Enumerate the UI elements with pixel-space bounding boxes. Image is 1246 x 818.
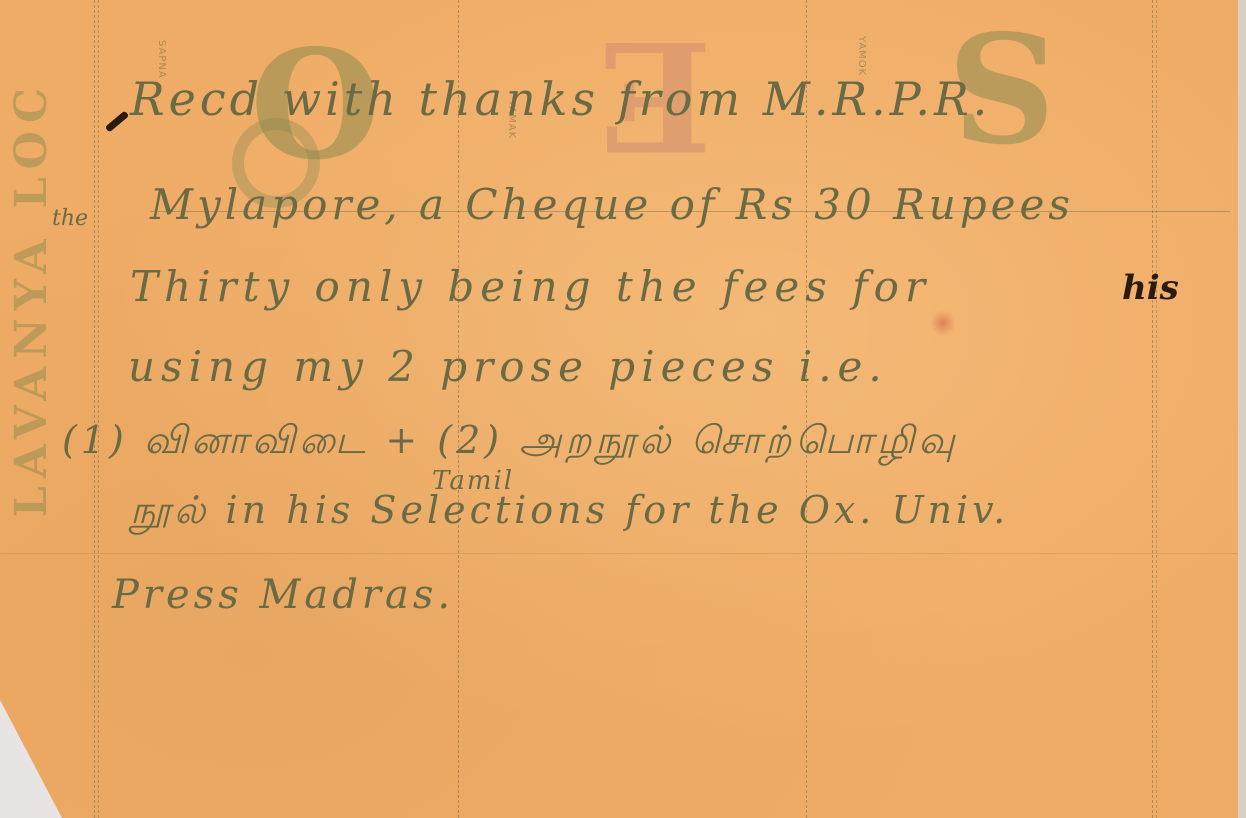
handwritten-line-7: Press Madras. [112,572,454,618]
handwritten-line-3: Thirty only being the fees for [130,262,931,311]
margin-insertion: the [52,206,88,231]
ruled-column-line [1152,0,1153,818]
ruled-margin-line [94,0,95,818]
paper-sheet: LAVANYA LOC O E S SAPNA YAMAK YAMOK Recd… [0,0,1246,818]
scan-edge [1238,0,1246,818]
handwritten-line-6: நூல் in his Selections for the Ox. Univ. [130,488,1009,538]
watermark-side-text: LAVANYA LOC [6,80,57,517]
handwritten-line-2: Mylapore, a Cheque of Rs 30 Rupees [150,180,1074,229]
underline-rule [150,211,1230,212]
stain-mark [930,310,956,336]
ink-mark [105,110,129,132]
handwritten-line-5-tamil: (1) வினாவிடை + (2) அறநூல் சொற்பொழிவு [62,418,959,468]
watermark-small-text: YAMOK [856,36,867,76]
handwritten-line-4: using my 2 prose pieces i.e. [128,342,888,391]
fold-line [0,553,1246,554]
handwritten-line-1: Recd with thanks from M.R.P.R. [130,72,991,126]
ink-insertion: his [1122,268,1179,308]
